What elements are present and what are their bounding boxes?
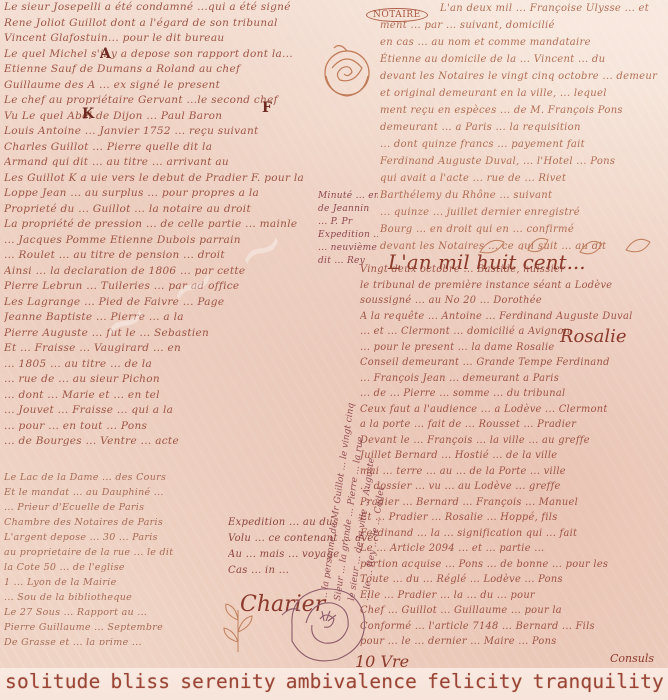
script-line: Vu Le quel Abel de Dijon ... Paul Baron	[4, 109, 322, 125]
script-line: ... 1805 ... au titre ... de la	[4, 357, 322, 373]
big-letter-k: K	[82, 106, 94, 122]
script-line: ... Sou de la bibliotheque	[4, 590, 214, 605]
footer-words: solitudeblissserenityambivalencefelicity…	[0, 670, 668, 693]
big-letter-a: A	[100, 46, 111, 62]
script-line: Charles Guillot ... Pierre quelle dit la	[4, 140, 322, 156]
script-line: Rene Joliot Guillot dont a l'égard de so…	[4, 16, 322, 32]
script-line: Le quel Michel s'il y a depose son rappo…	[4, 47, 322, 63]
footer-word: tranquility	[533, 670, 664, 693]
script-line: ... quinze ... juillet dernier enregistr…	[380, 204, 668, 221]
script-line: ... Prieur d'Ecuelle de Paris	[4, 500, 214, 515]
script-line: Vincent Glafostuin... pour le dit bureau	[4, 31, 322, 47]
script-line: ... de Bourges ... Ventre ... acte	[4, 434, 322, 450]
script-line: Et ... Pradier ... Rosalie ... Hoppé, fi…	[360, 510, 668, 526]
script-line: Chambre des Notaires de Paris	[4, 515, 214, 530]
script-line: ment ... par ... suivant, domicilié	[380, 17, 668, 34]
script-line: en cas ... au nom et comme mandataire	[380, 34, 668, 51]
script-line: ... de ... Pierre ... somme ... du tribu…	[360, 386, 668, 402]
script-line: ... François Jean ... demeurant a Paris	[360, 371, 668, 387]
footer-word: bliss	[111, 670, 171, 693]
footer-word: felicity	[427, 670, 523, 693]
script-line: Expedition ...	[318, 229, 378, 242]
script-line: ... rue de ... au sieur Pichon	[4, 372, 322, 388]
script-line: ... dont ... Marie et ... en tel	[4, 388, 322, 404]
script-line: L'an deux mil ... Françoise Ulysse ... e…	[380, 0, 668, 17]
script-line: Au ... mais ... voyage	[228, 547, 378, 563]
script-line: le tribunal de première instance séant a…	[360, 278, 668, 294]
script-line: et original demeurant en la ville, ... l…	[380, 85, 668, 102]
script-line: Conseil demeurant ... Grande Tempe Ferdi…	[360, 355, 668, 371]
script-line: au proprietaire de la rue ... le dit	[4, 545, 214, 560]
script-line: ... neuvième ...	[318, 242, 378, 255]
script-line: Expedition ... au dus	[228, 515, 378, 531]
script-line: dit ... Rey	[318, 255, 378, 268]
script-line: Le sieur Josepelli a été condamné ...qui…	[4, 0, 322, 16]
signature-rosalie: Rosalie	[560, 326, 627, 347]
script-line: Pradier ... Bernard ... François ... Man…	[360, 495, 668, 511]
rose-drawing-top	[312, 38, 382, 108]
script-line: qui avait a l'acte ... rue de ... Rivet	[380, 170, 668, 187]
script-line: Vingt deux octobre ... Bastide, huissier	[360, 262, 668, 278]
script-line: Étienne au domicile de la ... Vincent ..…	[380, 51, 668, 68]
script-line: ment reçu en espèces ... de M. François …	[380, 102, 668, 119]
script-line: portion acquise ... Pons ... de bonne ..…	[360, 557, 668, 573]
script-line: Le 27 Sous ... Rapport au ...	[4, 605, 214, 620]
script-line: pour ... le ... dernier ... Maire ... Po…	[360, 634, 668, 647]
script-line: Le Lac de la Dame ... des Cours	[4, 470, 214, 485]
script-line: Pierre Guillaume ... Septembre	[4, 620, 214, 635]
script-line: ... dossier ... vu ... au Lodève ... gre…	[360, 479, 668, 495]
script-line: soussigné ... au No 20 ... Dorothée	[360, 293, 668, 309]
script-line: Armand qui dit ... au titre ... arrivant…	[4, 155, 322, 171]
script-line: Et le mandat ... au Dauphiné ...	[4, 485, 214, 500]
scrapbook-paper: Le sieur Josepelli a été condamné ...qui…	[0, 0, 668, 700]
leaf-sprig	[218, 600, 258, 655]
script-line: A la requête ... Antoine ... Ferdinand A…	[360, 309, 668, 325]
footer-word: solitude	[5, 670, 101, 693]
script-line: Ferdinand ... la ... signification qui .…	[360, 526, 668, 542]
script-line: Toute ... du ... Réglé ... Lodève ... Po…	[360, 572, 668, 588]
script-line: Conformé ... l'article 7148 ... Bernard …	[360, 619, 668, 635]
script-line: demeurant ... a Paris ... la requisition	[380, 119, 668, 136]
footer-word: ambivalence	[286, 670, 417, 693]
script-line: Devant le ... François ... la ville ... …	[360, 433, 668, 449]
left-lower-script-block: Le Lac de la Dame ... des Cours Et le ma…	[4, 470, 214, 645]
script-line: Et ... Fraisse ... Vaugirard ... en	[4, 341, 322, 357]
script-line: Loppe Jean ... au surplus ... pour propr…	[4, 186, 322, 202]
script-line: Louis Antoine ... Janvier 1752 ... reçu …	[4, 124, 322, 140]
script-line: Guillaume des A ... ex signé le present	[4, 78, 322, 94]
right-top-script-block: L'an deux mil ... Françoise Ulysse ... e…	[380, 0, 668, 250]
script-line: mai ... terre ... au ... de la Porte ...…	[360, 464, 668, 480]
script-line: Chef ... Guillot ... Guillaume ... pour …	[360, 603, 668, 619]
right-mid-script-block: Vingt deux octobre ... Bastide, huissier…	[360, 262, 668, 647]
script-line: Ferdinand Auguste Duval, ... l'Hotel ...…	[380, 153, 668, 170]
footer-word: serenity	[180, 670, 276, 693]
middle-note-block: Minuté ... enregistré de Jeannin ... P. …	[318, 190, 378, 280]
script-line: Le chef au propriétaire Gervant ...le se…	[4, 93, 322, 109]
script-line: la Cote 50 ... de l'eglise	[4, 560, 214, 575]
script-line: ... Jouvet ... Fraisse ... qui a la	[4, 403, 322, 419]
script-line: Les Guillot K a uie vers le debut de Pra…	[4, 171, 322, 187]
script-line: Barthélemy du Rhône ... suivant	[380, 187, 668, 204]
script-line: Etienne Sauf de Dumans a Roland au chef	[4, 62, 322, 78]
script-line: Minuté ... enregistré	[318, 190, 378, 203]
script-line: De Grasse et ... la prime ...	[4, 635, 214, 645]
script-line: L'argent depose ... 30 ... Paris	[4, 530, 214, 545]
signature-consuls: Consuls	[610, 652, 654, 665]
script-line: Volu ... ce contenant ... avec	[228, 531, 378, 547]
script-line: ... pour ... en tout ... Pons	[4, 419, 322, 435]
script-line: devant les Notaires le vingt cinq octobr…	[380, 68, 668, 85]
script-line: Juillet Bernard ... Hostié ... de la vil…	[360, 448, 668, 464]
script-line: ... dont quinze francs ... payement fait	[380, 136, 668, 153]
script-line: Ceux faut a l'audience ... a Lodève ... …	[360, 402, 668, 418]
script-line: de Jeannin	[318, 203, 378, 216]
script-line: Le ... Article 2094 ... et ... partie ..…	[360, 541, 668, 557]
script-line: 1 ... Lyon de la Mairie	[4, 575, 214, 590]
script-line: a la porte ... fait de ... Rousset ... P…	[360, 417, 668, 433]
script-line: Elle ... Pradier ... la ... du ... pour	[360, 588, 668, 604]
script-line: ... P. Pr	[318, 216, 378, 229]
big-letter-f: F	[262, 100, 272, 116]
